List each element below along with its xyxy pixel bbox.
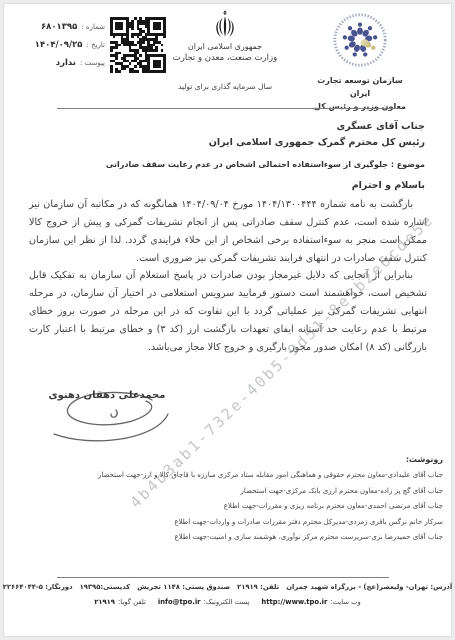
- cc-item: جناب آقای گچ پز زاده-معاون محترم ارزی با…: [40, 484, 443, 500]
- cc-label: رونوشت:: [40, 455, 443, 464]
- recipient-title: رئیس کل محترم گمرک جمهوری اسلامی ایران: [209, 137, 425, 148]
- ministry-name: وزارت صنعت، معدن و تجارت: [150, 52, 300, 64]
- letter-attachment-row: پیوست : ندارد: [12, 58, 105, 76]
- letter-date-row: تاریخ : ۱۴۰۴/۰۹/۲۵: [12, 40, 105, 58]
- letter-number-label: شماره :: [81, 23, 105, 31]
- scanned-letter-page: شماره : ۶۸۰۱۳۹۵ تاریخ : ۱۴۰۴/۰۹/۲۵ پیوست…: [0, 0, 455, 640]
- letter-date-label: تاریخ :: [86, 41, 105, 49]
- signatory-name: محمدعلی دهقان دهنوی: [44, 390, 170, 401]
- cc-item: سرکار خانم نرگس باقری زمردی-مدیرکل محترم…: [40, 515, 443, 531]
- letter-attachment-value: ندارد: [56, 58, 76, 68]
- recipient-name: جناب آقای عسگری: [336, 121, 425, 132]
- body-paragraph-1: بازگشت به نامه شماره ۱۴۰۴/۱۳۰۰۴۴۴ مورخ ۱…: [29, 196, 427, 268]
- signature-block: محمدعلی دهقان دهنوی: [40, 384, 174, 446]
- footer-contact-line: آدرس: تهران- ولیعصر(عج) - بزرگراه شهید چ…: [20, 583, 435, 591]
- organization-name: سازمان توسعه تجارت ایران: [312, 74, 408, 100]
- signatory-position: معاون وزیر و رئیس کل: [312, 100, 408, 113]
- letter-number-value: ۶۸۰۱۳۹۵: [41, 22, 77, 32]
- cc-item: جناب آقای حمیدرضا بزی-سرپرست محترم مرکز …: [40, 530, 443, 546]
- footer-voice-phone-value: ۲۱۹۱۹: [94, 598, 115, 606]
- cc-item: جناب آقای علیدادی-معاون محترم حقوقی و هم…: [40, 468, 443, 484]
- ministry-header-block: جمهوری اسلامی ایران وزارت صنعت، معدن و ت…: [150, 10, 300, 64]
- footer-website-label: وب سایت:: [330, 598, 360, 606]
- cc-section: رونوشت: جناب آقای علیدادی-معاون محترم حق…: [40, 455, 443, 546]
- header-divider: [57, 108, 398, 109]
- footer-website-group: وب سایت: http://www.tpo.ir: [261, 598, 360, 606]
- footer-postal-code: کدپستی:۱۹۳۹۵: [80, 583, 130, 591]
- government-name: جمهوری اسلامی ایران: [150, 41, 300, 52]
- letter-meta-block: شماره : ۶۸۰۱۳۹۵ تاریخ : ۱۴۰۴/۰۹/۲۵ پیوست…: [12, 22, 105, 76]
- subject-line: موضوع : جلوگیری از سوءاستفاده احتمالی اش…: [106, 160, 425, 169]
- letter-attachment-label: پیوست :: [80, 59, 105, 67]
- footer-fax: دورنگار: ۵-۲۲۶۶۴۰۴۴: [3, 583, 73, 591]
- organization-header-block: سازمان توسعه تجارت ایران معاون وزیر و رئ…: [312, 12, 408, 113]
- year-slogan: سال سرمایه گذاری برای تولید: [150, 82, 300, 91]
- footer-email-label: پست الکترونیک:: [204, 598, 250, 606]
- footer-po-box: صندوق پستی: ۱۱۴۸ تجریش: [137, 583, 230, 591]
- iran-national-emblem-icon: [213, 10, 237, 38]
- salutation: باسلام و احترام: [352, 180, 425, 191]
- footer-email-address: info@tpo.ir: [158, 598, 201, 606]
- footer-web-line: وب سایت: http://www.tpo.ir پست الکترونیک…: [20, 598, 435, 606]
- footer-voice-phone-label: تلفن گویا:: [118, 598, 146, 606]
- footer-address: آدرس: تهران- ولیعصر(عج) - بزرگراه شهید چ…: [286, 583, 452, 591]
- footer-divider: [57, 577, 389, 578]
- cc-item: جناب آقای مرتضی احمدی-معاون محترم برنامه…: [40, 499, 443, 515]
- footer-phone: تلفن: ۲۱۹۱۹: [237, 583, 279, 591]
- footer-website-url: http://www.tpo.ir: [261, 598, 327, 606]
- body-paragraph-2: بنابراین از آنجایی که دلایل غیرمجاز بودن…: [29, 267, 427, 357]
- letter-number-row: شماره : ۶۸۰۱۳۹۵: [12, 22, 105, 40]
- letter-date-value: ۱۴۰۴/۰۹/۲۵: [35, 40, 83, 50]
- footer-voice-phone-group: تلفن گویا: ۲۱۹۱۹: [94, 598, 146, 606]
- footer-email-group: پست الکترونیک: info@tpo.ir: [158, 598, 250, 606]
- tpo-logo-icon: [332, 12, 388, 68]
